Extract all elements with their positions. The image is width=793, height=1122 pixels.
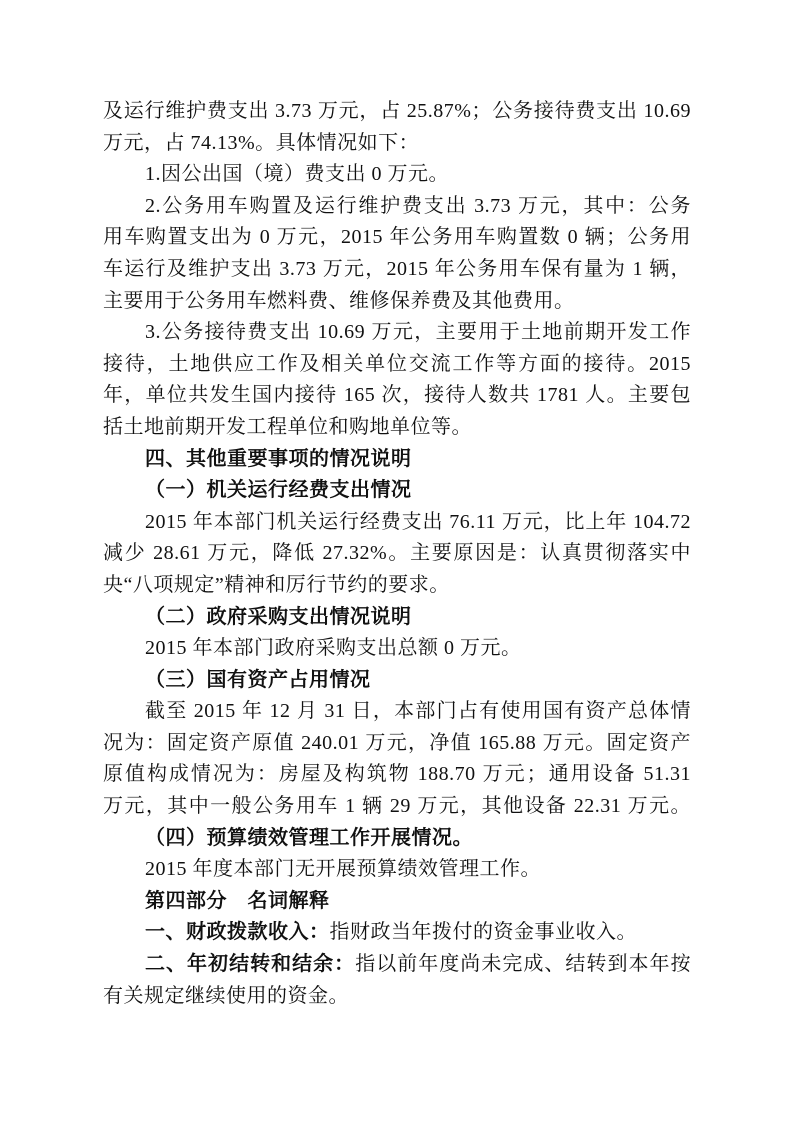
body-line: 年，单位共发生国内接待 165 次，接待人数共 1781 人。主要包 xyxy=(103,380,691,412)
body-line: 截至 2015 年 12 月 31 日，本部门占有使用国有资产总体情 xyxy=(103,696,691,728)
section-heading-line: （一）机关运行经费支出情况 xyxy=(103,475,691,507)
section-heading-line: （二）政府采购支出情况说明 xyxy=(103,602,691,634)
definition-line: 二、年初结转和结余：指以前年度尚未完成、结转到本年按 xyxy=(103,949,691,981)
body-line: 万元，其中一般公务用车 1 辆 29 万元，其他设备 22.31 万元。 xyxy=(103,791,691,823)
section-heading-line: （三）国有资产占用情况 xyxy=(103,665,691,697)
body-line: 2015 年度本部门无开展预算绩效管理工作。 xyxy=(103,854,691,886)
list-item-line: 2.公务用车购置及运行维护费支出 3.73 万元，其中：公务 xyxy=(103,191,691,223)
body-line: 原值构成情况为：房屋及构筑物 188.70 万元；通用设备 51.31 xyxy=(103,759,691,791)
body-line: 用车购置支出为 0 万元，2015 年公务用车购置数 0 辆；公务用 xyxy=(103,222,691,254)
document-page: 及运行维护费支出 3.73 万元，占 25.87%；公务接待费支出 10.69 … xyxy=(0,0,793,1122)
definition-term: 二、年初结转和结余： xyxy=(145,953,355,975)
body-line: 主要用于公务用车燃料费、维修保养费及其他费用。 xyxy=(103,286,691,318)
body-line: 及运行维护费支出 3.73 万元，占 25.87%；公务接待费支出 10.69 xyxy=(103,96,691,128)
list-item-line: 1.因公出国（境）费支出 0 万元。 xyxy=(103,159,691,191)
definition-term: 一、财政拨款收入： xyxy=(145,921,330,943)
section-heading-line: （四）预算绩效管理工作开展情况。 xyxy=(103,823,691,855)
body-line: 车运行及维护支出 3.73 万元，2015 年公务用车保有量为 1 辆， xyxy=(103,254,691,286)
part-heading-line: 第四部分 名词解释 xyxy=(103,886,691,918)
body-line: 有关规定继续使用的资金。 xyxy=(103,981,691,1013)
section-heading-line: 四、其他重要事项的情况说明 xyxy=(103,444,691,476)
body-line: 万元，占 74.13%。具体情况如下： xyxy=(103,128,691,160)
body-line: 接待，土地供应工作及相关单位交流工作等方面的接待。2015 xyxy=(103,349,691,381)
definition-text: 指以前年度尚未完成、结转到本年按 xyxy=(355,953,691,975)
definition-line: 一、财政拨款收入：指财政当年拨付的资金事业收入。 xyxy=(103,917,691,949)
body-line: 减少 28.61 万元，降低 27.32%。主要原因是：认真贯彻落实中 xyxy=(103,538,691,570)
body-line: 括土地前期开发工程单位和购地单位等。 xyxy=(103,412,691,444)
text-block: 及运行维护费支出 3.73 万元，占 25.87%；公务接待费支出 10.69 … xyxy=(103,96,691,1012)
body-line: 央“八项规定”精神和厉行节约的要求。 xyxy=(103,570,691,602)
body-line: 2015 年本部门政府采购支出总额 0 万元。 xyxy=(103,633,691,665)
body-line: 况为：固定资产原值 240.01 万元，净值 165.88 万元。固定资产 xyxy=(103,728,691,760)
list-item-line: 3.公务接待费支出 10.69 万元，主要用于土地前期开发工作 xyxy=(103,317,691,349)
definition-text: 指财政当年拨付的资金事业收入。 xyxy=(330,921,638,943)
body-line: 2015 年本部门机关运行经费支出 76.11 万元，比上年 104.72 xyxy=(103,507,691,539)
